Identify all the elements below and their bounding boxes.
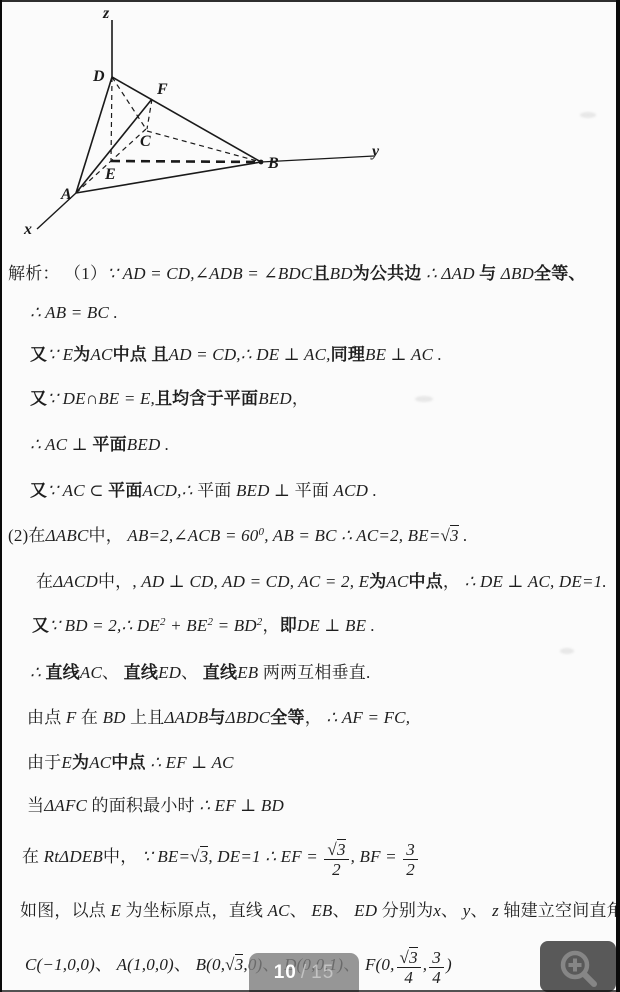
page-current: 10 (274, 962, 297, 984)
label-z: z (102, 5, 110, 22)
edge-DB (112, 77, 261, 162)
document-viewer: { "colors":{"paper":"#fbfbfb","ink":"#1e… (0, 0, 620, 992)
solution-line-15: 如图，以点 E 为坐标原点，直线 AC、 EB、 ED 分别为x、 y、 z 轴… (20, 896, 620, 921)
zoom-in-button[interactable] (540, 941, 616, 992)
solution-line-16: C(−1,0,0)、 A(1,0,0)、 B(0,√3,0)、 D(0,0,1)… (25, 948, 452, 987)
solution-line-14: 在 RtΔDEB中， ∵ BE=√3, DE=1 ∴ EF = √32, BF … (22, 840, 420, 879)
solution-line-3: 又∵ E为AC中点 且AD = CD,∴ DE ⊥ AC,同理BE ⊥ AC . (30, 340, 442, 365)
figure-canvas: z D F C E B A y x (10, 5, 410, 250)
page-total: 15 (311, 962, 334, 984)
solution-line-4: 又∵ DE∩BE = E,且均含于平面BED， (30, 384, 309, 409)
scan-artifact (415, 396, 433, 402)
solution-line-8: 在ΔACD中，, AD ⊥ CD, AD = CD, AC = 2, E为AC中… (36, 567, 607, 592)
label-C: C (140, 133, 151, 150)
solution-line-12: 由于E为AC中点 ∴ EF ⊥ AC (27, 748, 234, 773)
page-separator: / (301, 962, 307, 984)
screen-edge-right (616, 0, 620, 992)
geometry-figure: z D F C E B A y x (10, 5, 410, 250)
edge-CB-dashed (147, 131, 261, 162)
edge-EB-dashed (111, 161, 261, 162)
magnifier-plus-icon (556, 946, 600, 990)
solution-line-10: ∴ 直线AC、 直线ED、 直线EB 两两互相垂直. (30, 658, 370, 683)
label-E: E (104, 166, 116, 183)
label-x: x (23, 221, 32, 238)
edge-DC-dashed (112, 77, 146, 129)
solution-line-5: ∴ AC ⊥ 平面BED . (30, 430, 169, 455)
point-B (259, 160, 264, 165)
label-y: y (370, 143, 380, 160)
solution-line-9: 又∵ BD = 2,∴ DE2 + BE2 = BD2，即DE ⊥ BE . (32, 611, 375, 636)
screen-edge-top (0, 0, 620, 2)
solution-line-7: (2)在ΔABC中， AB=2,∠ACB = 600, AB = BC ∴ AC… (8, 521, 468, 546)
solution-line-1: 解析： （1）∵ AD = CD,∠ADB = ∠BDC且BD为公共边 ∴ ΔA… (8, 259, 586, 284)
edge-AB (76, 162, 261, 193)
solution-line-11: 由点 F 在 BD 上且ΔADB与ΔBDC全等， ∴ AF = FC, (27, 703, 410, 728)
solution-line-2: ∴ AB = BC . (30, 303, 118, 323)
scan-artifact (580, 112, 596, 118)
label-A: A (60, 186, 72, 203)
solution-line-6: 又∵ AC ⊂ 平面ACD,∴ 平面 BED ⊥ 平面 ACD . (30, 476, 377, 501)
label-F: F (156, 81, 168, 98)
label-D: D (92, 68, 105, 85)
solution-line-13: 当ΔAFC 的面积最小时 ∴ EF ⊥ BD (27, 791, 284, 816)
label-B: B (267, 155, 279, 172)
page-indicator: 10 / 15 (249, 953, 359, 992)
scan-artifact (560, 648, 574, 654)
screen-edge-left (0, 0, 2, 992)
